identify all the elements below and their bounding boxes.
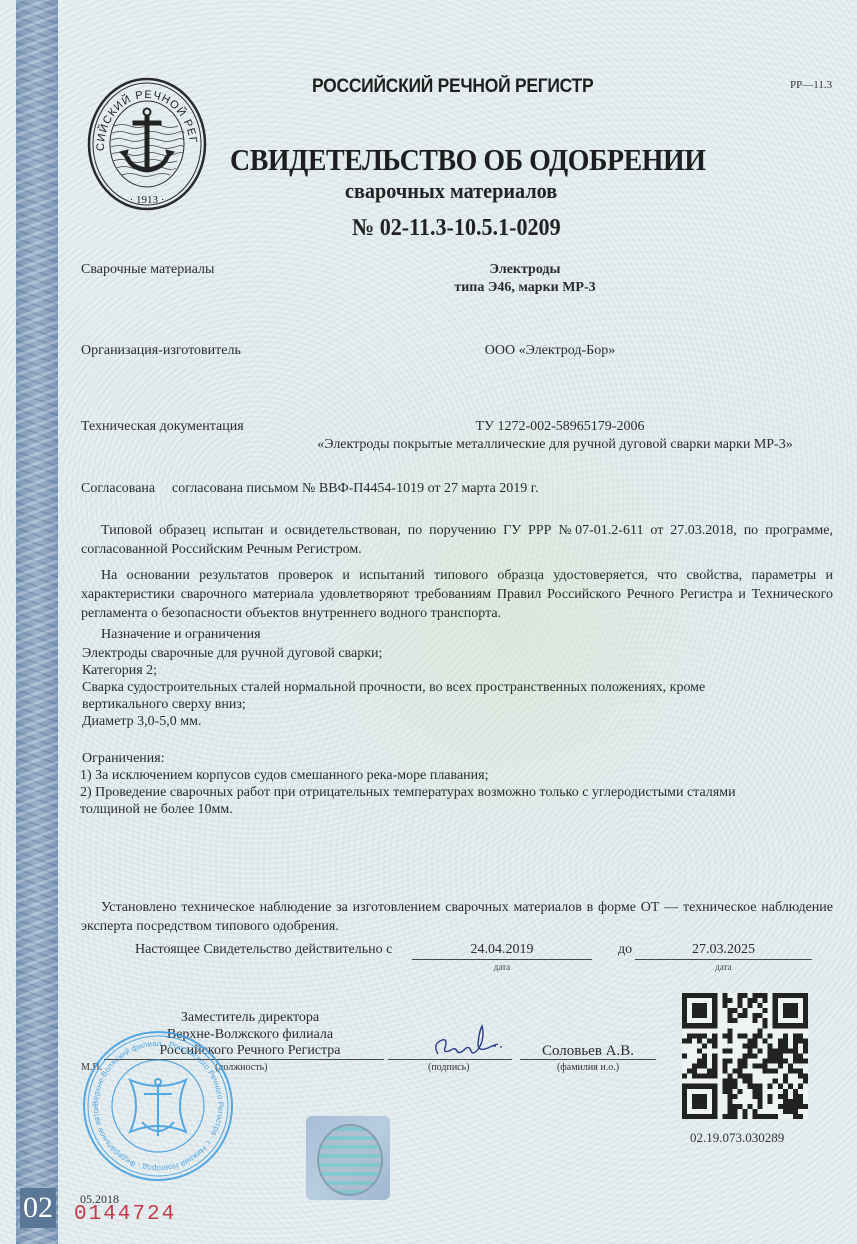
valid-to-date: 27.03.2025 [635, 942, 812, 958]
manufacturer-value: ООО «Электрод-Бор» [470, 343, 630, 359]
position-line-1: Заместитель директора [130, 1010, 370, 1026]
from-date-line [412, 959, 592, 960]
tech-docs-value-1: ТУ 1272-002-58965179-2006 [400, 419, 720, 435]
qr-code-number: 02.19.073.030289 [690, 1130, 784, 1146]
valid-from-date: 24.04.2019 [412, 942, 592, 958]
purpose-line: Категория 2; [82, 662, 705, 679]
official-stamp-icon: Верхне-Волжский филиал · Российского Реч… [80, 1028, 236, 1184]
certificate-number: № 02-11.3-10.5.1-0209 [352, 215, 561, 242]
name-line [520, 1059, 656, 1060]
purpose-line: вертикального сверху вниз; [82, 696, 705, 713]
security-band [16, 0, 58, 1244]
to-date-line [635, 959, 812, 960]
supervision-paragraph: Установлено техническое наблюдение за из… [81, 898, 833, 936]
document-subtitle: сварочных материалов [345, 178, 557, 204]
restrictions-heading: Ограничения: [82, 750, 165, 767]
purpose-line: Сварка судостроительных сталей нормально… [82, 679, 705, 696]
qr-code-icon [682, 993, 808, 1119]
conformity-paragraph: На основании результатов проверок и испы… [81, 566, 833, 623]
tech-docs-value-2: «Электроды покрытые металлические для ру… [290, 437, 820, 453]
purpose-line: Электроды сварочные для ручной дуговой с… [82, 645, 705, 662]
signatory-name: Соловьев А.В. [520, 1043, 656, 1060]
welding-materials-label: Сварочные материалы [81, 262, 214, 278]
welding-materials-value-2: типа Э46, марки МР-3 [430, 280, 620, 296]
from-date-caption: дата [412, 962, 592, 972]
to-label: до [618, 942, 632, 958]
organization-name: РОССИЙСКИЙ РЕЧНОЙ РЕГИСТР [312, 76, 593, 98]
agreed-label: Согласована [81, 481, 155, 497]
restriction-line: 2) Проведение сварочных работ при отрица… [80, 784, 736, 801]
tech-docs-label: Техническая документация [81, 419, 244, 435]
restriction-line: толщиной не более 10мм. [80, 801, 736, 818]
validity-label: Настоящее Свидетельство действительно с [135, 942, 392, 958]
name-caption: (фамилия и.о.) [520, 1062, 656, 1073]
restriction-line: 1) За исключением корпусов судов смешанн… [80, 767, 736, 784]
serial-number: 0144724 [74, 1203, 176, 1226]
document-title: СВИДЕТЕЛЬСТВО ОБ ОДОБРЕНИИ [230, 142, 706, 178]
purpose-heading: Назначение и ограничения [101, 626, 261, 643]
to-date-caption: дата [635, 962, 812, 972]
form-code: РР—11.3 [790, 79, 832, 91]
test-paragraph: Типовой образец испытан и освидетельство… [81, 521, 833, 559]
purpose-line: Диаметр 3,0-5,0 мм. [82, 713, 705, 730]
svg-text:· 1913 ·: · 1913 · [130, 194, 165, 206]
signature-caption: (подпись) [428, 1062, 470, 1073]
signature-icon [430, 1020, 510, 1064]
purpose-list: Электроды сварочные для ручной дуговой с… [82, 645, 705, 730]
band-number: 02 [20, 1188, 56, 1228]
restrictions-list: 1) За исключением корпусов судов смешанн… [80, 767, 736, 818]
register-seal-icon: РОССИЙСКИЙ РЕЧНОЙ РЕГИСТР · 1913 · [86, 76, 208, 212]
welding-materials-value-1: Электроды [450, 262, 600, 278]
manufacturer-label: Организация-изготовитель [81, 343, 241, 359]
hologram-seal-icon [306, 1116, 390, 1200]
agreed-value: согласована письмом № ВВФ-П4454-1019 от … [172, 481, 538, 497]
